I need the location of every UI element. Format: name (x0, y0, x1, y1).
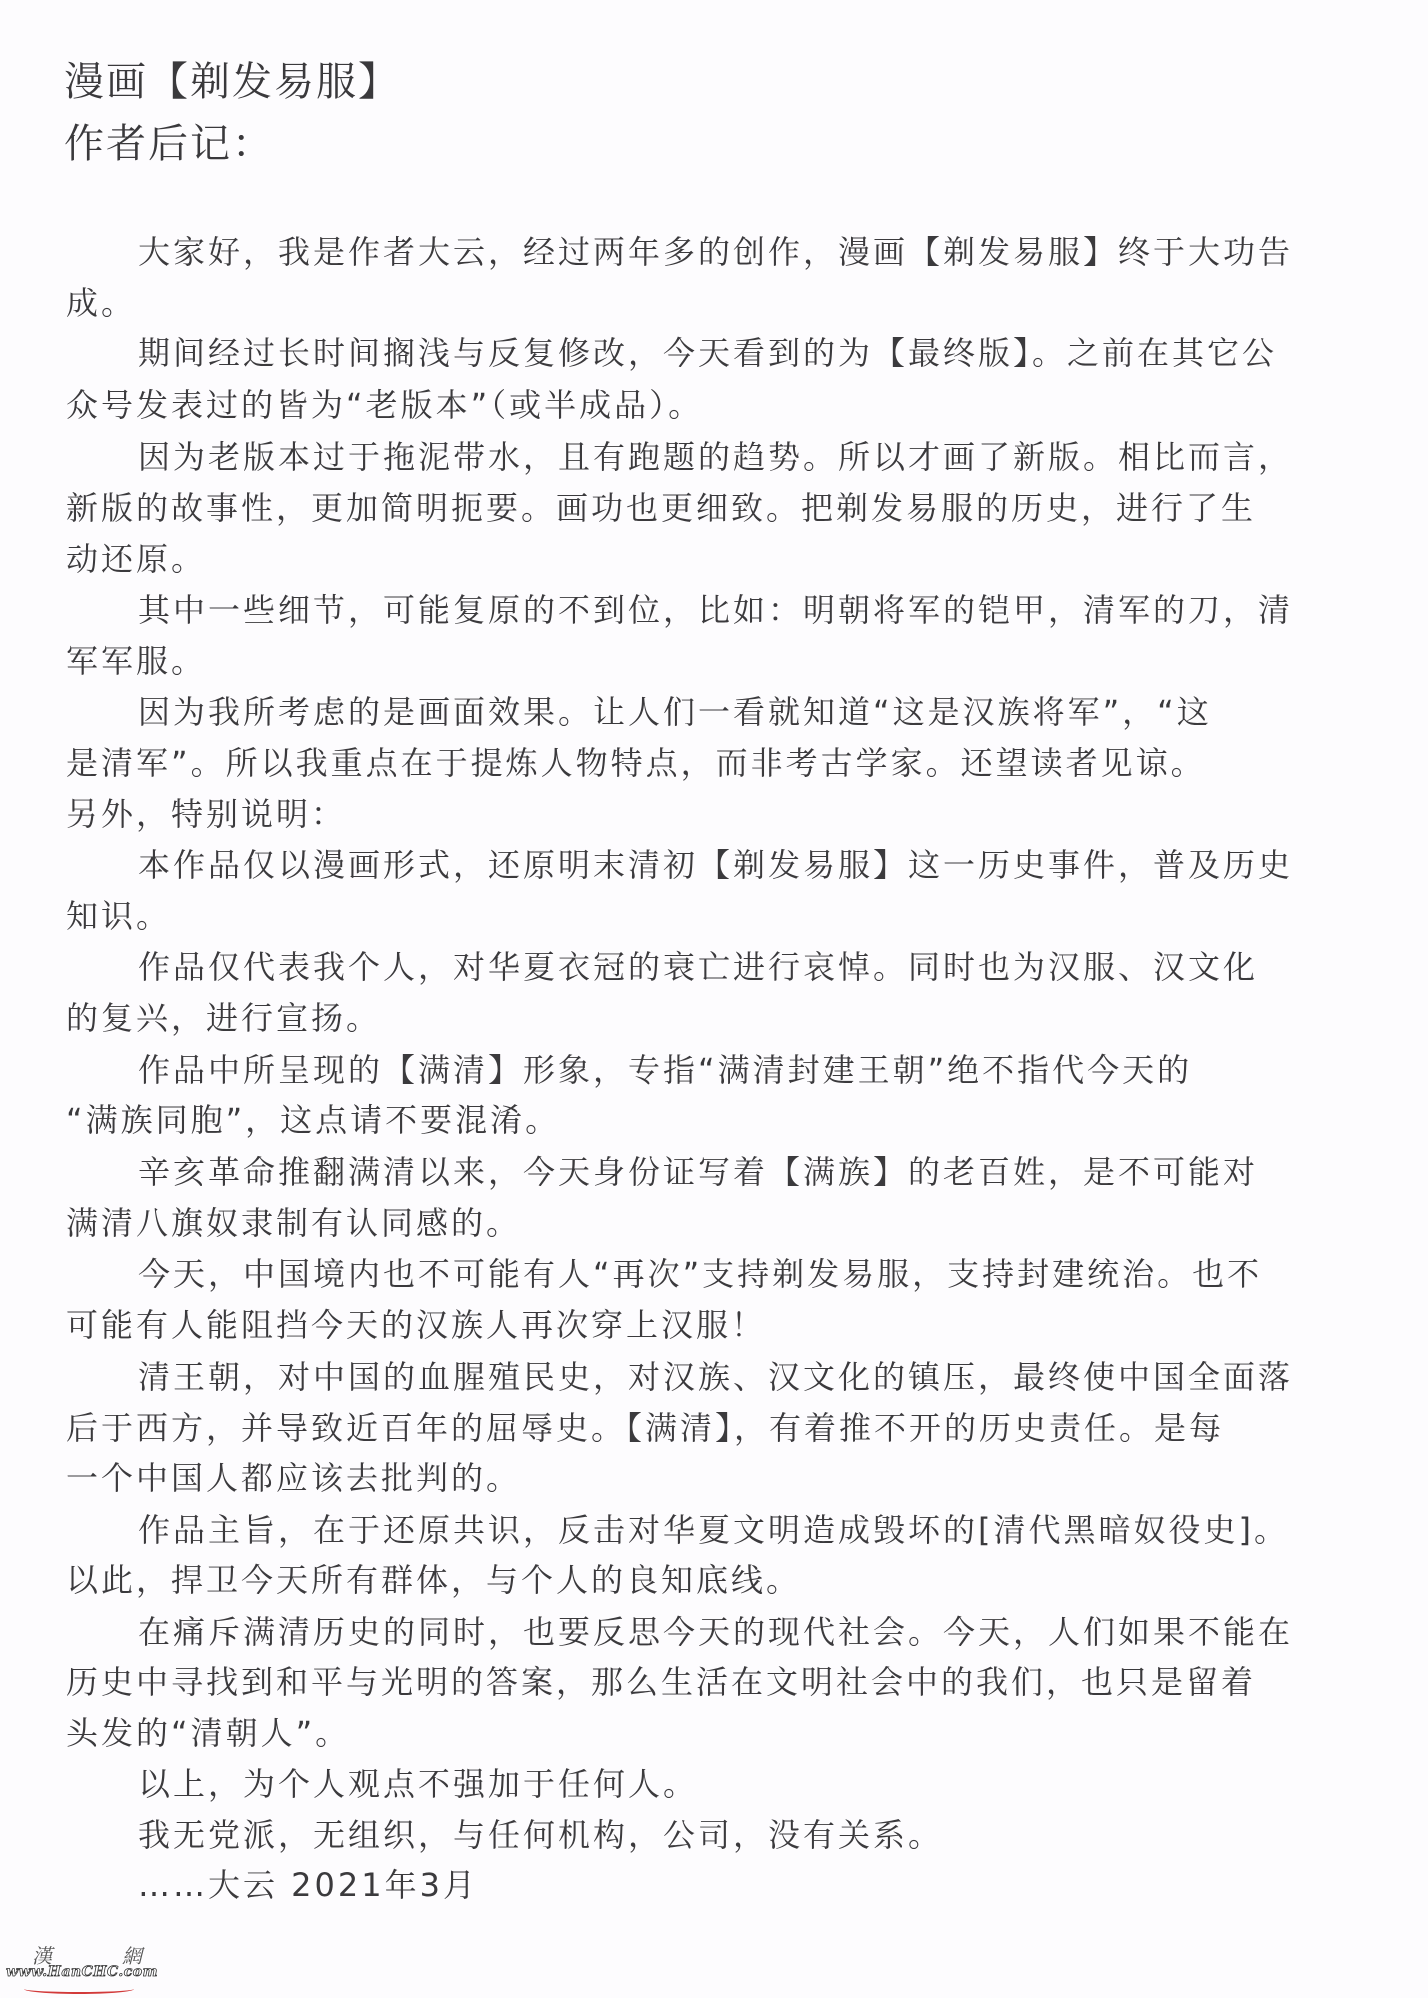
body-line: 历史中寻找到和平与光明的答案，那么生活在文明社会中的我们，也只是留着 (66, 1662, 1256, 1702)
body-line: 满清八旗奴隶制有认同感的。 (66, 1203, 521, 1243)
body-line: 清王朝，对中国的血腥殖民史，对汉族、汉文化的镇压，最终使中国全面落 (138, 1357, 1293, 1397)
body-line: 的复兴，进行宣扬。 (66, 998, 381, 1038)
body-line: 是清军”。所以我重点在于提炼人物特点，而非考古学家。还望读者见谅。 (66, 743, 1206, 783)
body-line: 我无党派，无组织，与任何机构，公司，没有关系。 (138, 1815, 943, 1855)
body-line: 新版的故事性，更加简明扼要。画功也更细致。把剃发易服的历史，进行了生 (66, 488, 1256, 528)
body-line: 头发的“清朝人”。 (66, 1713, 350, 1753)
body-line: 众号发表过的皆为“老版本”（或半成品）。 (66, 385, 703, 425)
body-line: 因为老版本过于拖泥带水，且有跑题的趋势。所以才画了新版。相比而言， (138, 437, 1293, 477)
site-watermark: 漢 網 www.HanCHC.com (4, 1940, 144, 1996)
body-line: 今天，中国境内也不可能有人“再次”支持剃发易服，支持封建统治。也不 (138, 1254, 1262, 1294)
watermark-swoosh-icon (24, 1984, 134, 1994)
body-line: 动还原。 (66, 539, 206, 579)
body-line: 作品中所呈现的【满清】形象，专指“满清封建王朝”绝不指代今天的 (138, 1050, 1192, 1090)
document-subtitle: 作者后记： (64, 120, 274, 168)
body-line: 在痛斥满清历史的同时，也要反思今天的现代社会。今天，人们如果不能在 (138, 1612, 1293, 1652)
body-line: 辛亥革命推翻满清以来，今天身份证写着【满族】的老百姓，是不可能对 (138, 1152, 1258, 1192)
watermark-url: www.HanCHC.com (6, 1964, 158, 1980)
body-line: 期间经过长时间搁浅与反复修改，今天看到的为【最终版】。之前在其它公 (138, 333, 1277, 373)
body-line: 因为我所考虑的是画面效果。让人们一看就知道“这是汉族将军”，“这 (138, 692, 1212, 732)
body-line: 其中一些细节，可能复原的不到位，比如：明朝将军的铠甲，清军的刀，清 (138, 590, 1293, 630)
body-line: 作品仅代表我个人，对华夏衣冠的衰亡进行哀悼。同时也为汉服、汉文化 (138, 947, 1258, 987)
body-line: 作品主旨，在于还原共识，反击对华夏文明造成毁坏的[清代黑暗奴役史]。 (138, 1510, 1289, 1550)
body-line: 一个中国人都应该去批判的。 (66, 1458, 521, 1498)
body-line: 以此，捍卫今天所有群体，与个人的良知底线。 (66, 1560, 801, 1600)
document-title: 漫画【剃发易服】 (64, 58, 400, 106)
body-line: 可能有人能阻挡今天的汉族人再次穿上汉服！ (66, 1305, 766, 1345)
body-line: 本作品仅以漫画形式，还原明末清初【剃发易服】这一历史事件，普及历史 (138, 845, 1293, 885)
body-line: 军军服。 (66, 641, 206, 681)
body-line: 知识。 (66, 896, 171, 936)
body-line: 后于西方，并导致近百年的屈辱史。【满清】，有着推不开的历史责任。是每 (66, 1408, 1224, 1448)
body-line: “满族同胞”，这点请不要混淆。 (66, 1100, 560, 1140)
body-line: 另外，特别说明： (66, 794, 346, 834)
body-line: 以上，为个人观点不强加于任何人。 (138, 1764, 698, 1804)
body-line: 成。 (66, 283, 136, 323)
body-line: 大家好，我是作者大云，经过两年多的创作，漫画【剃发易服】终于大功告 (138, 232, 1293, 272)
signature-line: ……大云 2021年3月 (138, 1865, 478, 1905)
document-page: 漫画【剃发易服】 作者后记： 大家好，我是作者大云，经过两年多的创作，漫画【剃发… (0, 0, 1428, 1998)
